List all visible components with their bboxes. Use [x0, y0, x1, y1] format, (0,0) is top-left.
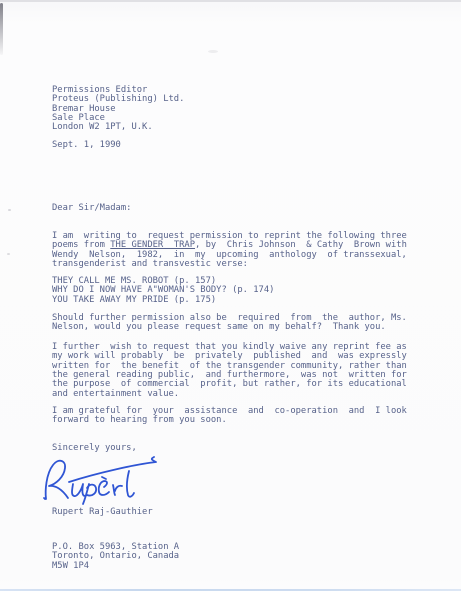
scan-artifact-top-edge: [0, 0, 461, 2]
paragraph-thanks: I am grateful for your assistance and co…: [52, 407, 407, 426]
signature-stroke: [127, 471, 134, 497]
scan-artifact-left-smudge: [0, 3, 3, 55]
signature-stroke: [46, 461, 68, 499]
body-line: transgenderist and transvestic verse:: [52, 260, 407, 269]
letter-page: Permissions Editor Proteus (Publishing) …: [0, 0, 461, 600]
paragraph-fee-waiver: I further wish to request that you kindl…: [52, 343, 407, 399]
paragraph-request: I am writing to request permission to re…: [52, 232, 407, 269]
scan-artifact-speck: [7, 253, 10, 255]
signature-stroke: [83, 484, 96, 504]
body-line: and entertainment value.: [52, 390, 407, 399]
body-text: , by Chris Johnson & Cathy Brown with: [195, 240, 407, 250]
sender-address-block: P.O. Box 5963, Station A Toronto, Ontari…: [52, 543, 179, 571]
typed-sender-name: Rupert Raj-Gauthier: [52, 508, 153, 517]
scan-artifact-speck: [8, 209, 11, 211]
signature-stroke: [99, 481, 109, 495]
scan-artifact-speck: [208, 50, 218, 53]
salutation: Dear Sir/Madam:: [52, 204, 131, 213]
book-title-underlined: THE GENDER TRAP: [110, 240, 195, 250]
scan-background-below-page: [0, 591, 461, 600]
signature-stroke: [72, 484, 85, 496]
poem-title: YOU TAKE AWAY MY PRIDE (p. 175): [52, 296, 274, 305]
signature-stroke: [102, 477, 106, 479]
signature-stroke: [44, 498, 45, 499]
signature-stroke: [69, 457, 156, 482]
handwritten-signature: [42, 451, 202, 511]
body-line: forward to hearing from you soon.: [52, 416, 407, 425]
letter-date: Sept. 1, 1990: [52, 141, 121, 150]
signature-stroke: [113, 485, 122, 495]
paragraph-further-permission: Should further permission also be requir…: [52, 314, 407, 333]
poem-title-list: THEY CALL ME MS. ROBOT (p. 157) WHY DO I…: [52, 277, 274, 305]
sender-line: M5W 1P4: [52, 562, 179, 571]
recipient-address-block: Permissions Editor Proteus (Publishing) …: [52, 86, 184, 133]
body-text: poems from: [52, 240, 110, 250]
body-line: Nelson, would you please request same on…: [52, 323, 407, 332]
recipient-line: London W2 1PT, U.K.: [52, 123, 184, 132]
